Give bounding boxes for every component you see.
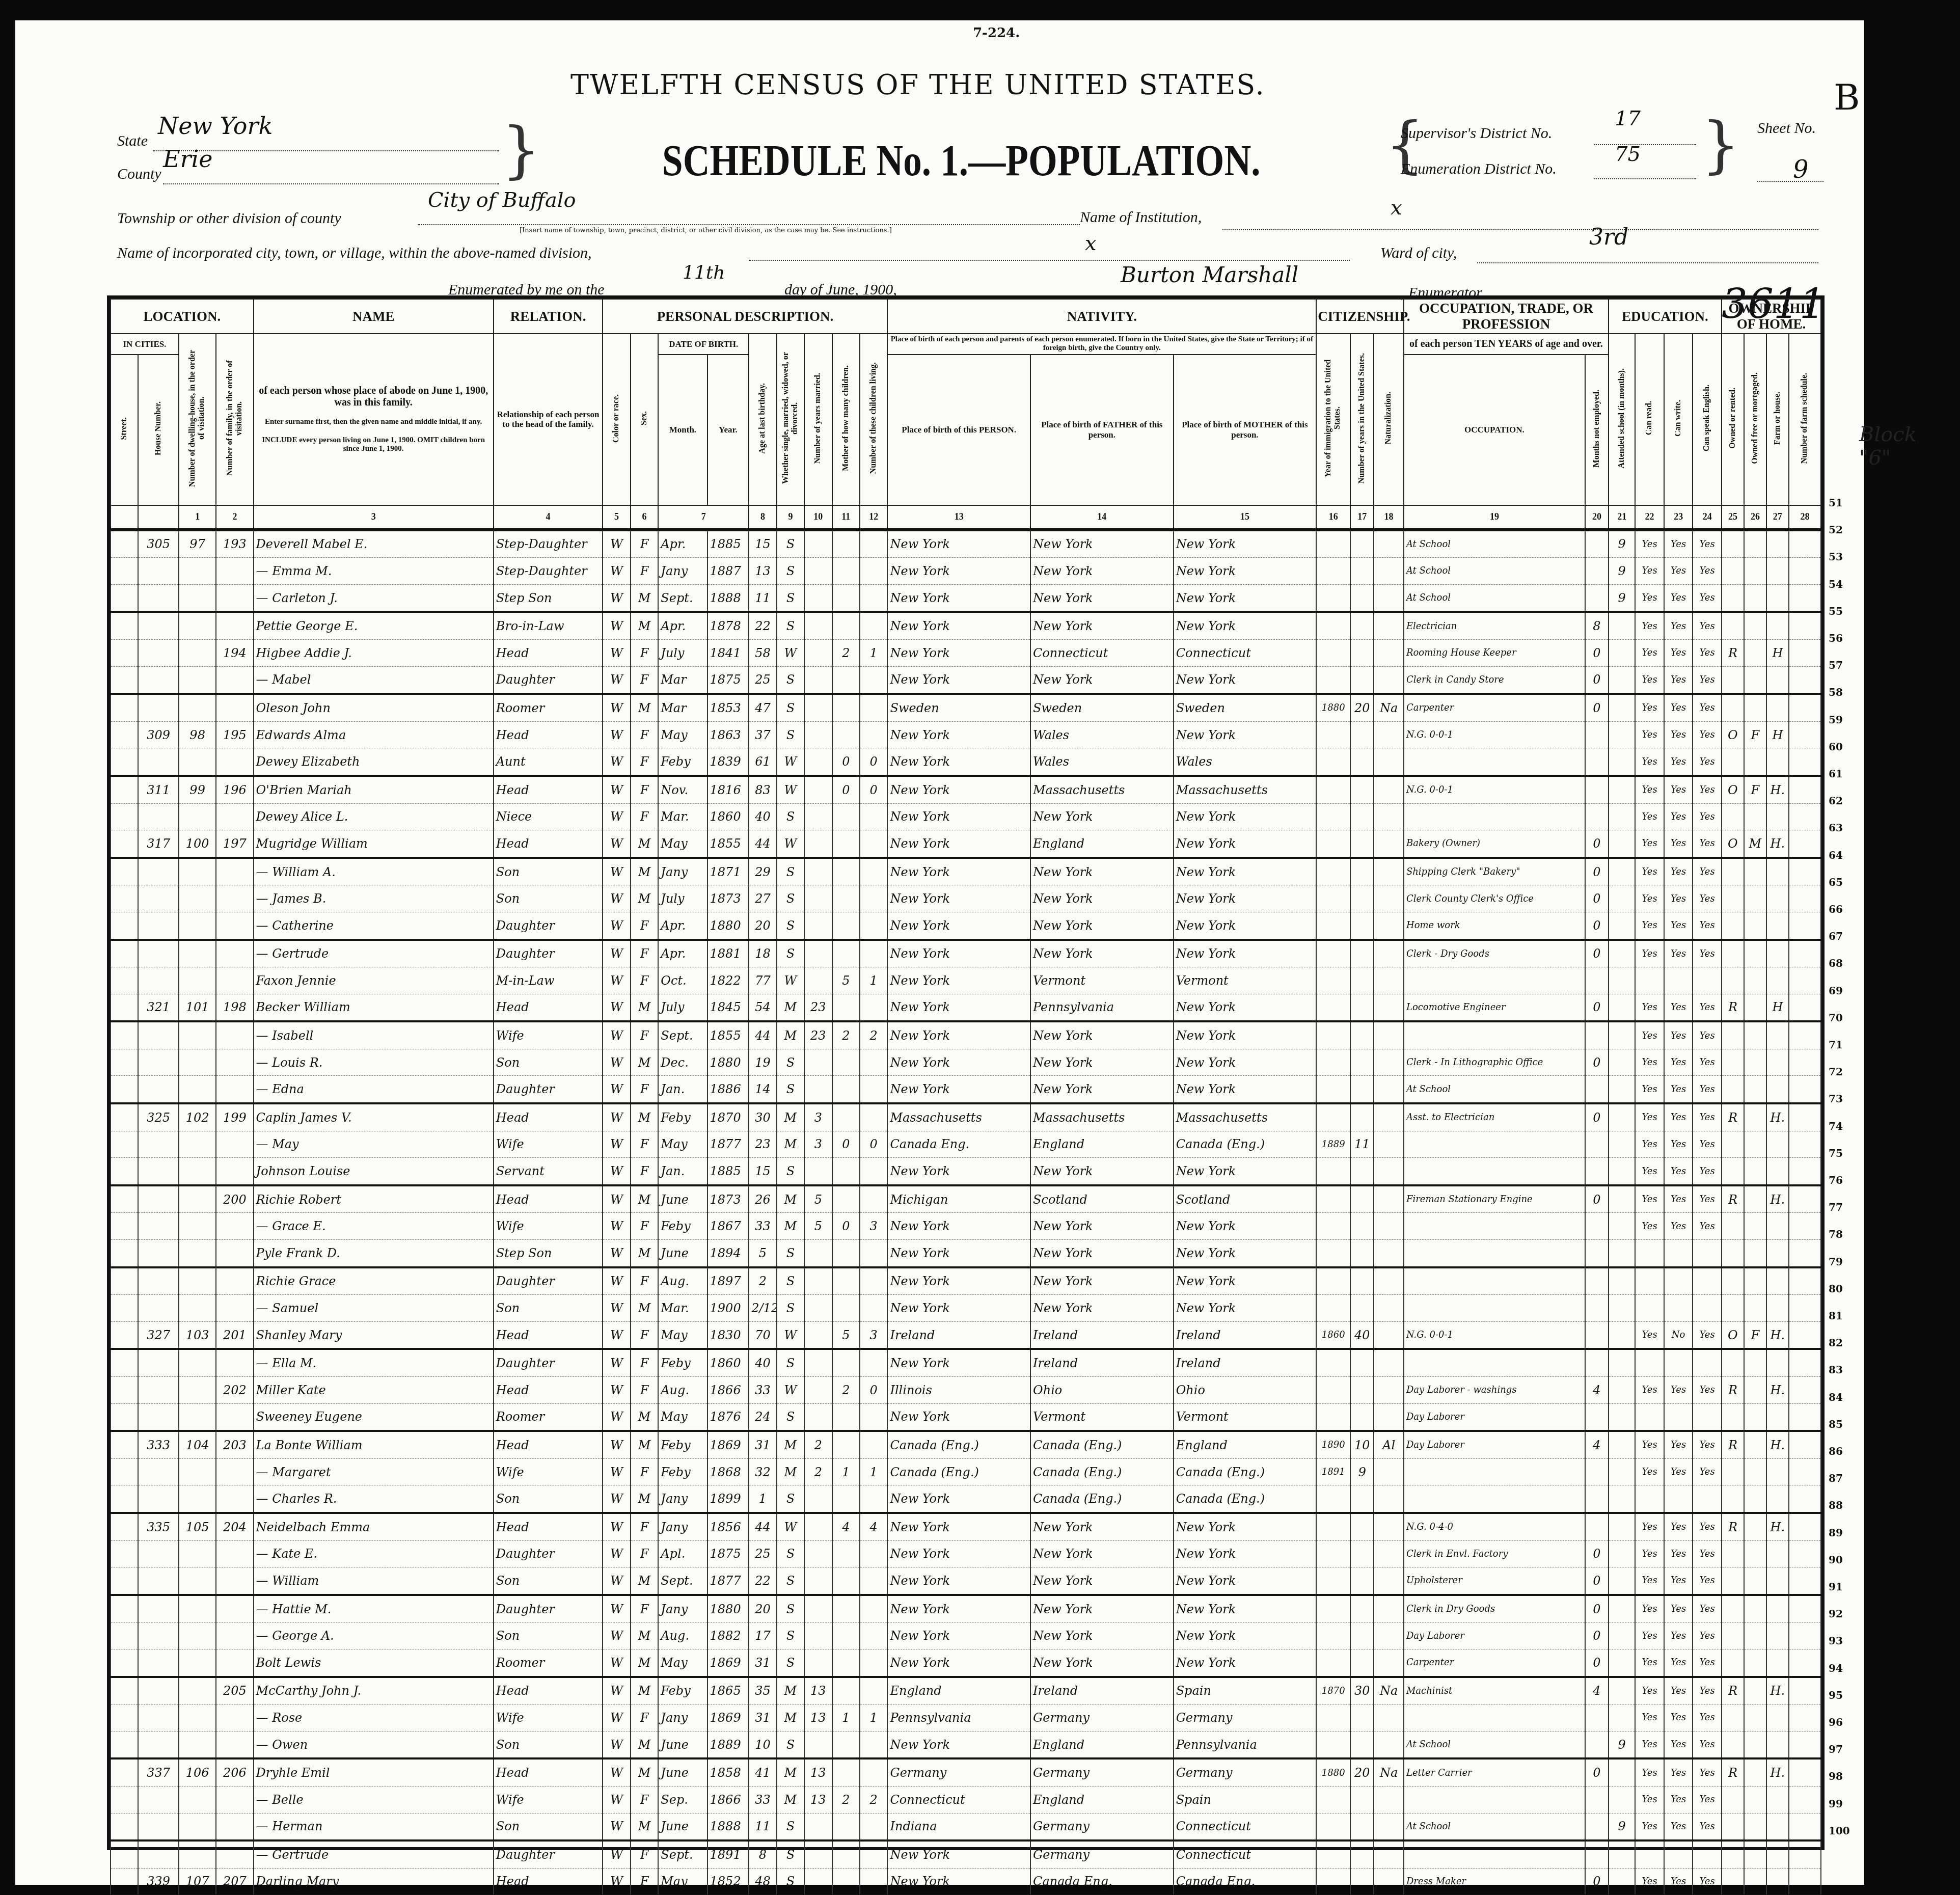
years-married-cell: 2 <box>804 1458 832 1485</box>
attended-school-cell <box>1609 1431 1635 1458</box>
enumerated-day: 11th <box>683 262 725 283</box>
person-name: — Emma M. <box>254 558 494 585</box>
mother-of-cell <box>832 1185 860 1213</box>
immigration-year-cell <box>1316 1840 1350 1868</box>
line-number: 79 <box>1829 1256 1843 1268</box>
can-read-cell: Yes <box>1635 1758 1664 1786</box>
immigration-year-cell <box>1316 612 1350 639</box>
naturalization-cell <box>1374 1021 1404 1049</box>
naturalization-cell: Al <box>1374 1431 1404 1458</box>
table-row: Sweeney EugeneRoomerWMMay187624SNew York… <box>111 1403 1821 1431</box>
farm-house-cell <box>1766 558 1789 585</box>
birthplace-person: New York <box>887 803 1030 830</box>
family-header: Number of family, in the order of visita… <box>226 347 244 490</box>
group-name: NAME <box>254 299 494 334</box>
sex-cell: M <box>631 1677 658 1704</box>
house-number-cell: 327 <box>138 1321 179 1349</box>
farm-schedule-cell <box>1789 1786 1821 1813</box>
birthplace-person: Sweden <box>887 694 1030 721</box>
birthplace-person: New York <box>887 1158 1030 1185</box>
color-cell: W <box>603 1349 630 1376</box>
birthplace-person: New York <box>887 1595 1030 1622</box>
person-name: Oleson John <box>254 694 494 721</box>
table-row: 205McCarthy John J.HeadWMFeby186535M13En… <box>111 1677 1821 1704</box>
can-speak-cell: Yes <box>1693 666 1722 694</box>
immigration-year-cell <box>1316 639 1350 666</box>
immigration-year-cell <box>1316 1349 1350 1376</box>
birthplace-mother: New York <box>1174 1649 1317 1676</box>
immigration-year-cell <box>1316 1704 1350 1731</box>
family-cell <box>216 1403 253 1431</box>
naturalization-cell <box>1374 1458 1404 1485</box>
months-unemployed-cell: 0 <box>1585 1595 1609 1622</box>
years-in-us-cell: 40 <box>1350 1321 1374 1349</box>
birthplace-person: Canada (Eng.) <box>887 1458 1030 1485</box>
occupation-cell: Day Laborer <box>1404 1431 1585 1458</box>
birth-year-cell: 1869 <box>707 1649 749 1676</box>
naturalization-cell <box>1374 1213 1404 1240</box>
mother-of-cell <box>832 666 860 694</box>
years-married-cell: 2 <box>804 1431 832 1458</box>
can-read-cell: Yes <box>1635 858 1664 885</box>
family-cell <box>216 1076 253 1103</box>
marital-cell: M <box>777 1677 804 1704</box>
can-speak-cell: Yes <box>1693 612 1722 639</box>
table-row: — WilliamSonWMSept.187722SNew YorkNew Yo… <box>111 1567 1821 1595</box>
line-number: 53 <box>1829 551 1843 563</box>
years-in-us-cell <box>1350 721 1374 748</box>
person-name: — Isabell <box>254 1021 494 1049</box>
sex-cell: M <box>631 830 658 858</box>
family-cell <box>216 1540 253 1567</box>
farm-schedule-cell <box>1789 1377 1821 1404</box>
family-cell <box>216 1485 253 1513</box>
attended-school-cell <box>1609 1021 1635 1049</box>
can-speak-cell: Yes <box>1693 1431 1722 1458</box>
birthplace-person: New York <box>887 1731 1030 1758</box>
birth-year-cell: 1885 <box>707 1158 749 1185</box>
institution-value: x <box>1391 196 1402 220</box>
age-cell: 40 <box>749 803 776 830</box>
sex-cell: M <box>631 885 658 912</box>
can-speak-cell: Yes <box>1693 1049 1722 1076</box>
can-read-cell: Yes <box>1635 1567 1664 1595</box>
free-mortgaged-cell <box>1744 1595 1766 1622</box>
farm-schedule-cell <box>1789 1758 1821 1786</box>
can-speak-cell: Yes <box>1693 1677 1722 1704</box>
mother-of-cell <box>832 721 860 748</box>
birth-year-cell: 1865 <box>707 1677 749 1704</box>
attended-school-cell <box>1609 1185 1635 1213</box>
table-row: 30597193Deverell Mabel E.Step-DaughterWF… <box>111 530 1821 558</box>
can-speak-cell: Yes <box>1693 558 1722 585</box>
occupation-cell <box>1404 1213 1585 1240</box>
free-mortgaged-cell <box>1744 1213 1766 1240</box>
marital-cell: S <box>777 584 804 612</box>
marital-cell: W <box>777 748 804 776</box>
color-cell: W <box>603 994 630 1021</box>
years-in-us-cell <box>1350 639 1374 666</box>
family-cell: 202 <box>216 1377 253 1404</box>
mother-of-cell <box>832 1595 860 1622</box>
birthplace-mother: New York <box>1174 830 1317 858</box>
sex-cell: M <box>631 1813 658 1840</box>
birth-month-cell: Feby <box>658 748 707 776</box>
children-living-cell <box>860 612 887 639</box>
table-row: Johnson LouiseServantWFJan.188515SNew Yo… <box>111 1158 1821 1185</box>
marital-cell: S <box>777 1840 804 1868</box>
children-living-cell <box>860 1485 887 1513</box>
table-row: — Charles R.SonWMJany18991SNew YorkCanad… <box>111 1485 1821 1513</box>
immigration-year-cell <box>1316 776 1350 803</box>
birthplace-person: New York <box>887 940 1030 967</box>
years-in-us-cell <box>1350 1103 1374 1131</box>
mother-of-cell <box>832 558 860 585</box>
birthplace-mother: Connecticut <box>1174 639 1317 666</box>
farm-house-cell <box>1766 694 1789 721</box>
years-in-us-cell <box>1350 1567 1374 1595</box>
dwelling-cell <box>179 1677 216 1704</box>
color-cell: W <box>603 1840 630 1868</box>
occupation-cell: Day Laborer - washings <box>1404 1377 1585 1404</box>
dwelling-cell <box>179 1840 216 1868</box>
attended-school-cell <box>1609 803 1635 830</box>
marital-cell: S <box>777 1485 804 1513</box>
color-cell: W <box>603 858 630 885</box>
marital-cell: S <box>777 1403 804 1431</box>
years-married-cell <box>804 1622 832 1649</box>
can-read-cell: Yes <box>1635 1622 1664 1649</box>
immigration-year-cell <box>1316 1049 1350 1076</box>
birthplace-person: New York <box>887 639 1030 666</box>
column-number <box>138 505 179 530</box>
relation-cell: Head <box>494 1431 603 1458</box>
can-write-cell: Yes <box>1664 1431 1693 1458</box>
house-number-cell <box>138 1458 179 1485</box>
months-unemployed-cell: 8 <box>1585 612 1609 639</box>
marital-cell: M <box>777 1185 804 1213</box>
occupation-cell <box>1404 1786 1585 1813</box>
birth-month-cell: Sept. <box>658 1840 707 1868</box>
sex-cell: M <box>631 1240 658 1267</box>
dwelling-cell <box>179 885 216 912</box>
farm-schedule-cell <box>1789 530 1821 558</box>
name-desc: of each person whose place of abode on J… <box>255 385 492 409</box>
can-read-cell <box>1635 1840 1664 1868</box>
family-cell <box>216 748 253 776</box>
table-row: — William A.SonWMJany187129SNew YorkNew … <box>111 858 1821 885</box>
years-married-cell <box>804 830 832 858</box>
supervisor-value: 17 <box>1615 107 1641 130</box>
owned-rented-cell <box>1722 1349 1744 1376</box>
relation-cell: Head <box>494 639 603 666</box>
months-unemployed-cell <box>1585 967 1609 994</box>
years-married-cell <box>804 885 832 912</box>
group-occupation: OCCUPATION, TRADE, OR PROFESSION <box>1404 299 1609 334</box>
immigration-year-cell <box>1316 1595 1350 1622</box>
street-cell <box>111 666 138 694</box>
birth-year-cell: 1881 <box>707 940 749 967</box>
dwelling-cell: 99 <box>179 776 216 803</box>
age-cell: 70 <box>749 1321 776 1349</box>
mother-of-cell <box>832 1295 860 1322</box>
birth-year-cell: 1871 <box>707 858 749 885</box>
age-cell: 10 <box>749 1731 776 1758</box>
occupation-cell: Home work <box>1404 912 1585 939</box>
marital-cell: S <box>777 612 804 639</box>
marital-cell: S <box>777 666 804 694</box>
years-in-us-cell <box>1350 1840 1374 1868</box>
immigration-year-cell <box>1316 1813 1350 1840</box>
children-living-cell <box>860 584 887 612</box>
table-row: — GertrudeDaughterWFSept.18918SNew YorkG… <box>111 1840 1821 1868</box>
can-speak-cell: Yes <box>1693 776 1722 803</box>
sex-cell: M <box>631 694 658 721</box>
birthplace-father: Canada (Eng.) <box>1030 1485 1174 1513</box>
house-number-cell <box>138 1021 179 1049</box>
sex-cell: F <box>631 1076 658 1103</box>
can-write-cell: Yes <box>1664 940 1693 967</box>
years-in-us-cell <box>1350 1267 1374 1295</box>
birth-year-cell: 1885 <box>707 530 749 558</box>
mother-of-cell: 1 <box>832 1458 860 1485</box>
children-living-cell: 1 <box>860 1458 887 1485</box>
line-number: 65 <box>1829 876 1843 888</box>
birth-month-cell: Mar <box>658 666 707 694</box>
naturalization-cell <box>1374 1403 1404 1431</box>
mother-of-cell <box>832 1049 860 1076</box>
dwelling-cell <box>179 967 216 994</box>
table-row: — BelleWifeWFSep.186633M1322ConnecticutE… <box>111 1786 1821 1813</box>
can-write-cell: Yes <box>1664 639 1693 666</box>
enumerator-name: Burton Marshall <box>1121 262 1298 287</box>
can-speak-cell: Yes <box>1693 1704 1722 1731</box>
can-write-cell: Yes <box>1664 1813 1693 1840</box>
attended-school-cell <box>1609 1758 1635 1786</box>
years-in-us-cell <box>1350 612 1374 639</box>
farm-schedule-cell <box>1789 1049 1821 1076</box>
dwelling-cell <box>179 1076 216 1103</box>
table-row: — MabelDaughterWFMar187525SNew YorkNew Y… <box>111 666 1821 694</box>
birth-year-cell: 1839 <box>707 748 749 776</box>
dwelling-cell: 107 <box>179 1868 216 1895</box>
birthplace-father: New York <box>1030 1049 1174 1076</box>
owned-rented-cell <box>1722 940 1744 967</box>
immigration-year-cell: 1890 <box>1316 1431 1350 1458</box>
immigration-year-cell <box>1316 666 1350 694</box>
farm-house-cell <box>1766 1622 1789 1649</box>
column-number: 20 <box>1585 505 1609 530</box>
immigration-year-cell <box>1316 1295 1350 1322</box>
sex-cell: F <box>631 748 658 776</box>
farm-schedule-cell <box>1789 803 1821 830</box>
birthplace-father: New York <box>1030 1295 1174 1322</box>
line-number: 76 <box>1829 1174 1843 1186</box>
age-cell: 47 <box>749 694 776 721</box>
person-name: — William A. <box>254 858 494 885</box>
mother-of-cell <box>832 1485 860 1513</box>
color-cell: W <box>603 912 630 939</box>
can-write-cell: Yes <box>1664 776 1693 803</box>
owned-rented-cell <box>1722 1295 1744 1322</box>
birth-year-cell: 1822 <box>707 967 749 994</box>
farm-schedule-cell <box>1789 1813 1821 1840</box>
farm-house-cell <box>1766 1131 1789 1158</box>
mother-of-cell <box>832 994 860 1021</box>
immigration-year-cell <box>1316 1213 1350 1240</box>
age-cell: 54 <box>749 994 776 1021</box>
children-living-cell <box>860 694 887 721</box>
birthplace-person: New York <box>887 1349 1030 1376</box>
attended-school-cell <box>1609 1321 1635 1349</box>
naturalization-cell <box>1374 994 1404 1021</box>
farm-schedule-cell <box>1789 1158 1821 1185</box>
relation-cell: Son <box>494 1567 603 1595</box>
group-education: EDUCATION. <box>1609 299 1722 334</box>
mother-of-cell <box>832 694 860 721</box>
line-number: 92 <box>1829 1608 1843 1620</box>
years-married-cell <box>804 1567 832 1595</box>
marital-cell: M <box>777 1213 804 1240</box>
township-hint: [Insert name of township, town, precinct… <box>520 227 892 234</box>
birth-month-cell: Feby <box>658 1213 707 1240</box>
house-number-cell <box>138 558 179 585</box>
farm-house-cell: H <box>1766 639 1789 666</box>
relation-cell: Wife <box>494 1131 603 1158</box>
mother-of-cell <box>832 803 860 830</box>
color-cell: W <box>603 1021 630 1049</box>
naturalization-cell <box>1374 1595 1404 1622</box>
house-number-cell <box>138 1840 179 1868</box>
color-cell: W <box>603 1540 630 1567</box>
color-cell: W <box>603 584 630 612</box>
mother-of-cell <box>832 530 860 558</box>
marital-cell: M <box>777 1131 804 1158</box>
months-unemployed-cell: 0 <box>1585 1540 1609 1567</box>
marital-cell: M <box>777 994 804 1021</box>
mother-of-cell <box>832 1567 860 1595</box>
children-living-cell <box>860 1076 887 1103</box>
birth-year-cell: 1845 <box>707 994 749 1021</box>
marital-cell: S <box>777 1813 804 1840</box>
years-married-cell <box>804 694 832 721</box>
sex-cell: M <box>631 612 658 639</box>
months-unemployed-cell <box>1585 1840 1609 1868</box>
relation-cell: Bro-in-Law <box>494 612 603 639</box>
line-number: 100 <box>1829 1825 1850 1837</box>
owned-rented-cell: R <box>1722 1185 1744 1213</box>
relation-cell: Daughter <box>494 1595 603 1622</box>
can-read-cell: Yes <box>1635 1813 1664 1840</box>
birthplace-father: New York <box>1030 1595 1174 1622</box>
house-number-cell <box>138 584 179 612</box>
family-cell <box>216 1049 253 1076</box>
birthplace-father: New York <box>1030 940 1174 967</box>
age-cell: 29 <box>749 858 776 885</box>
birthplace-father: Massachusetts <box>1030 1103 1174 1131</box>
can-write-cell <box>1664 1403 1693 1431</box>
mother-of-cell <box>832 1622 860 1649</box>
township-value: City of Buffalo <box>428 188 576 212</box>
color-cell: W <box>603 1076 630 1103</box>
farm-house-cell <box>1766 1649 1789 1676</box>
children-living-cell <box>860 1295 887 1322</box>
family-cell <box>216 1704 253 1731</box>
street-cell <box>111 1567 138 1595</box>
years-in-us-cell <box>1350 803 1374 830</box>
years-married-cell: 3 <box>804 1131 832 1158</box>
line-number: 74 <box>1829 1120 1843 1132</box>
house-number-cell <box>138 940 179 967</box>
farm-house-cell: H. <box>1766 1377 1789 1404</box>
occupation-cell: At School <box>1404 1076 1585 1103</box>
color-cell: W <box>603 803 630 830</box>
birthplace-father: Canada Eng. <box>1030 1868 1174 1895</box>
color-cell: W <box>603 1595 630 1622</box>
farm-schedule-cell <box>1789 1321 1821 1349</box>
years-married-cell <box>804 748 832 776</box>
children-living-cell: 1 <box>860 967 887 994</box>
house-number-cell <box>138 1595 179 1622</box>
birthplace-mother: New York <box>1174 1021 1317 1049</box>
birthplace-person: New York <box>887 967 1030 994</box>
line-number: 51 <box>1829 497 1843 509</box>
birth-month-cell: July <box>658 639 707 666</box>
age-cell: 58 <box>749 639 776 666</box>
state-label: State <box>117 132 148 150</box>
mother-of-cell <box>832 1649 860 1676</box>
street-cell <box>111 885 138 912</box>
can-read-cell: Yes <box>1635 1131 1664 1158</box>
table-row: Pyle Frank D.Step SonWMJune18945SNew Yor… <box>111 1240 1821 1267</box>
farm-schedule-cell <box>1789 1622 1821 1649</box>
can-write-cell: Yes <box>1664 1868 1693 1895</box>
birthplace-mother: Ireland <box>1174 1321 1317 1349</box>
owned-rented-cell <box>1722 530 1744 558</box>
can-read-cell: Yes <box>1635 1076 1664 1103</box>
family-cell <box>216 940 253 967</box>
birth-year-cell: 1886 <box>707 1076 749 1103</box>
schedule-letter: B <box>1834 76 1860 118</box>
family-cell <box>216 694 253 721</box>
occupation-cell: Machinist <box>1404 1677 1585 1704</box>
line-number: 97 <box>1829 1743 1843 1755</box>
owned-rented-cell <box>1722 1649 1744 1676</box>
birth-month-cell: Jan. <box>658 1076 707 1103</box>
street-cell <box>111 994 138 1021</box>
census-grid: LOCATION. NAME RELATION. PERSONAL DESCRI… <box>110 299 1821 1895</box>
person-name: Edwards Alma <box>254 721 494 748</box>
street-cell <box>111 1321 138 1349</box>
relation-cell: Head <box>494 1185 603 1213</box>
supervisor-label: Supervisor's District No. <box>1401 125 1552 142</box>
birth-year-cell: 1882 <box>707 1622 749 1649</box>
birth-month-cell: June <box>658 1813 707 1840</box>
sex-cell: M <box>631 1431 658 1458</box>
can-write-cell <box>1664 967 1693 994</box>
occupation-cell: At School <box>1404 584 1585 612</box>
attended-school-cell <box>1609 748 1635 776</box>
birth-year-cell: 1853 <box>707 694 749 721</box>
birthplace-father: Vermont <box>1030 967 1174 994</box>
dwelling-cell <box>179 612 216 639</box>
years-married-cell <box>804 666 832 694</box>
can-speak-cell: Yes <box>1693 1321 1722 1349</box>
mother-of-cell <box>832 1076 860 1103</box>
house-number-cell <box>138 912 179 939</box>
dwelling-cell <box>179 1240 216 1267</box>
occupation-cell: Day Laborer <box>1404 1403 1585 1431</box>
